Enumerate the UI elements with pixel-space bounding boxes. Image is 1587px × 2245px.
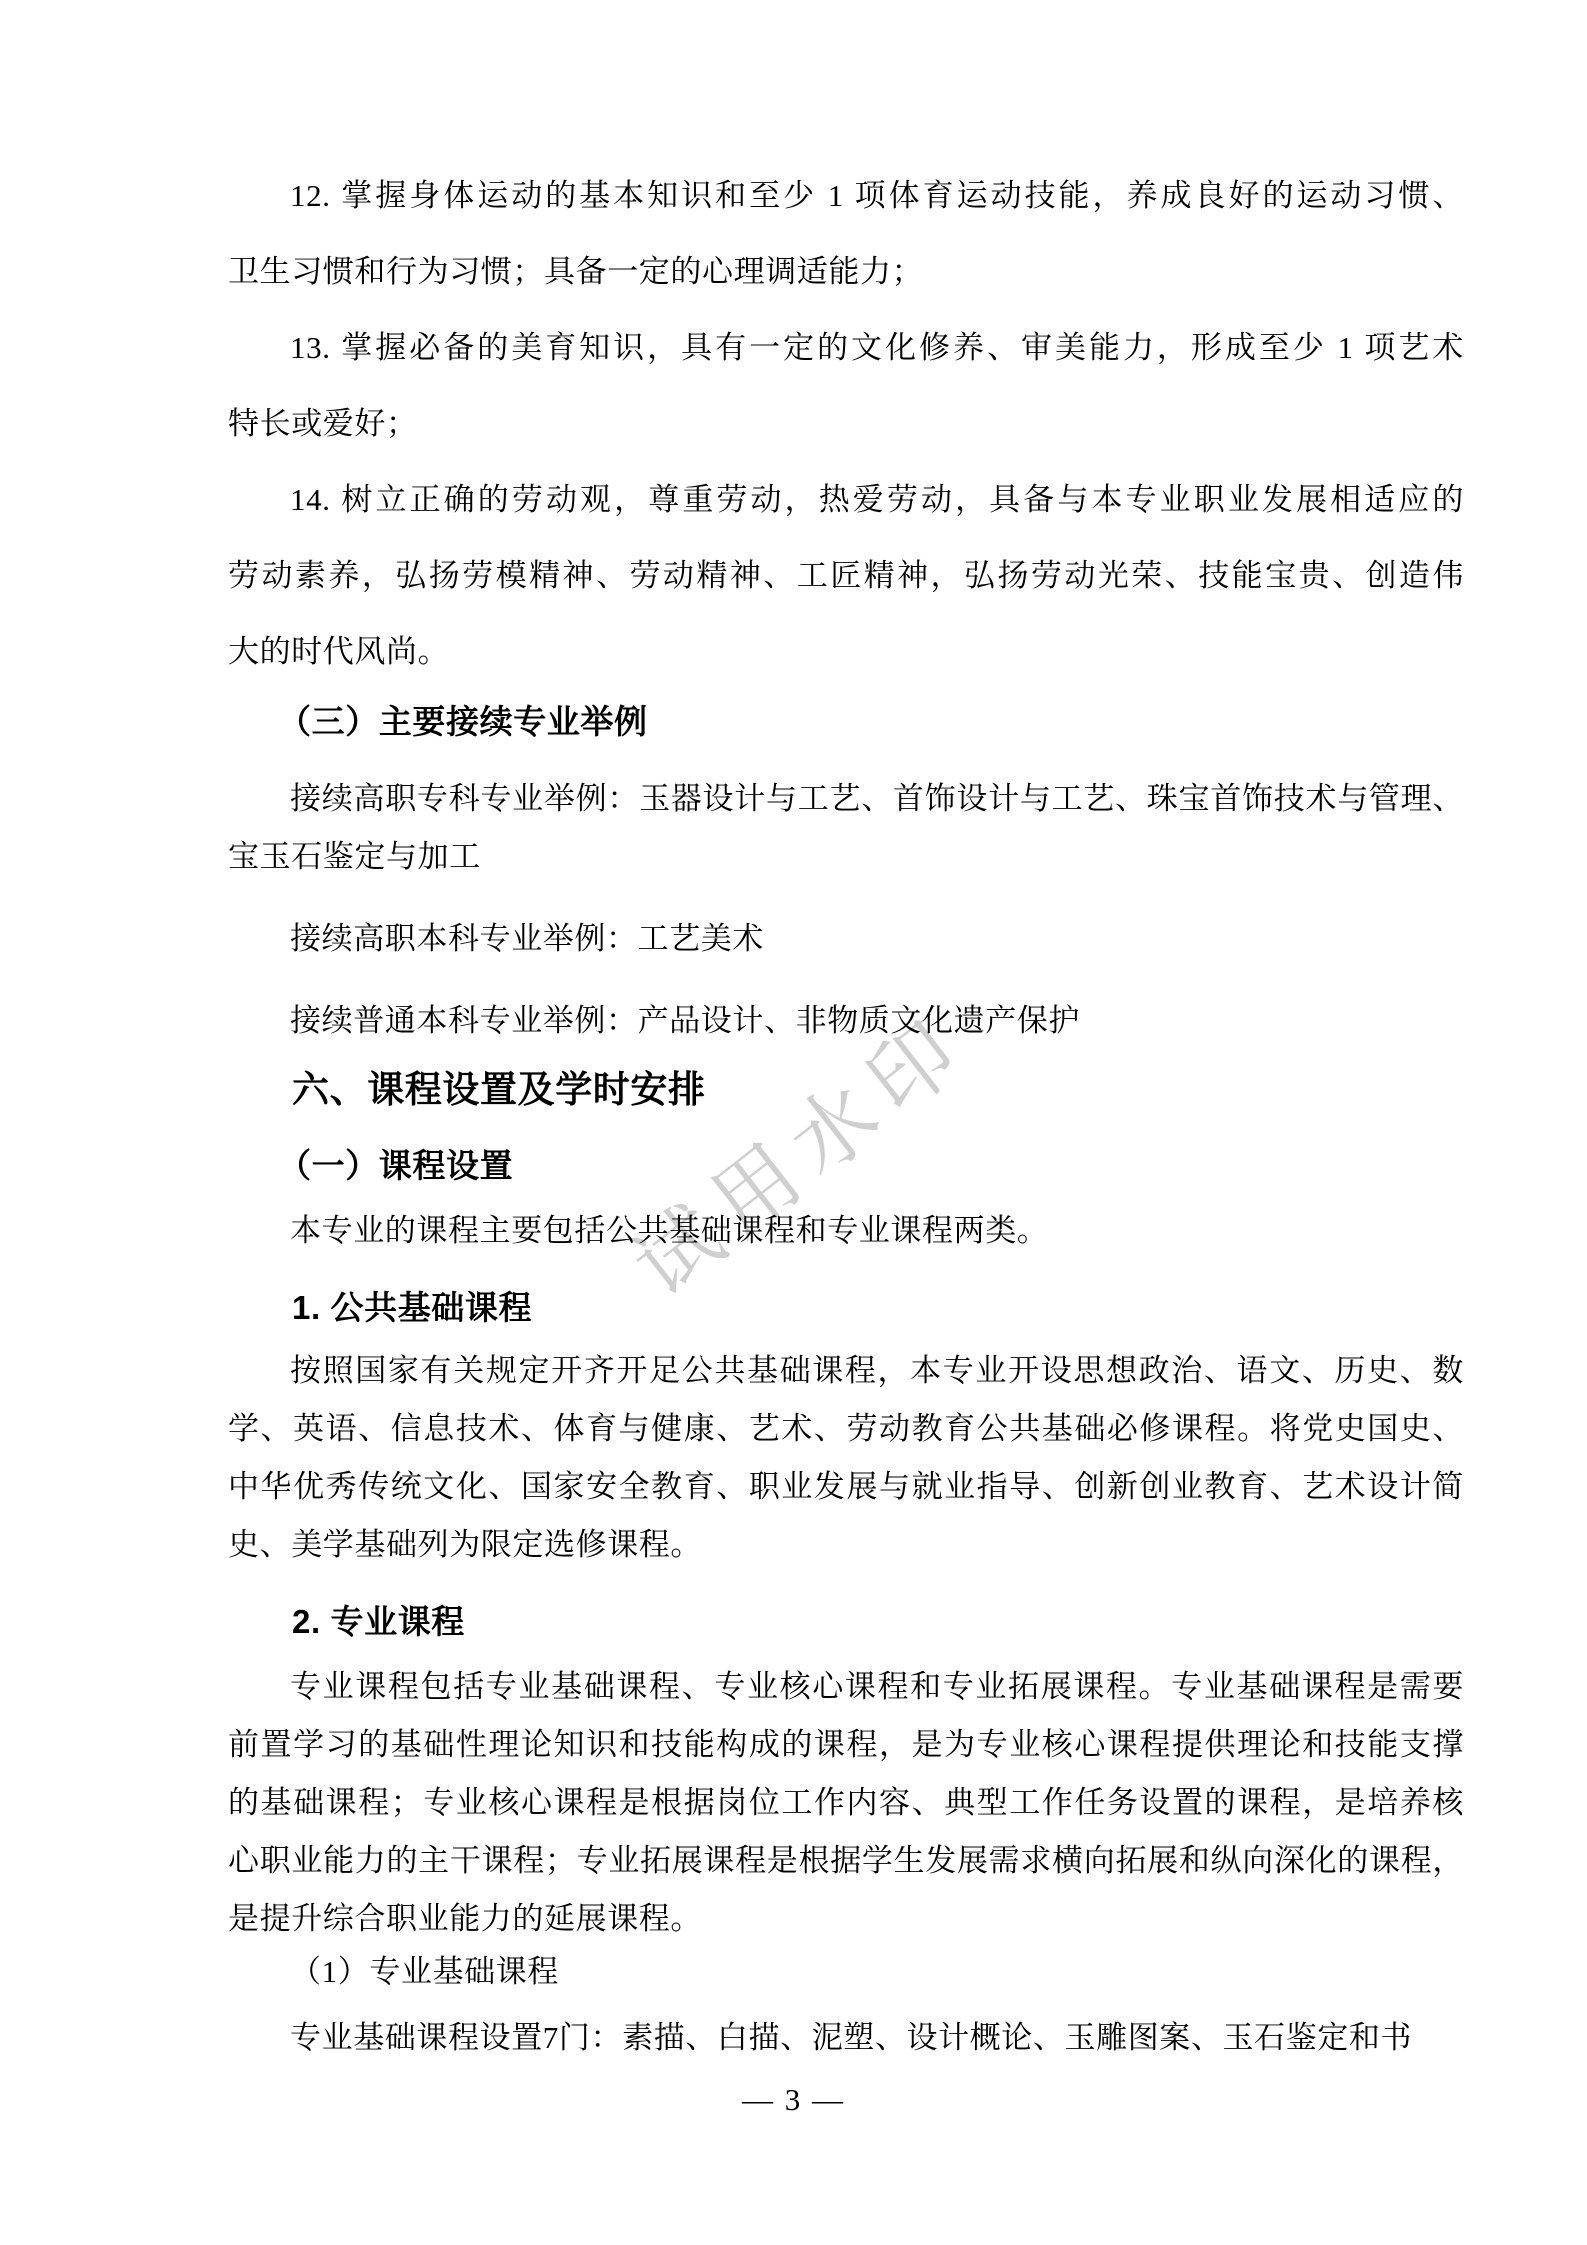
heading-section-3-continuing-majors: （三）主要接续专业举例 xyxy=(228,698,1464,746)
text-line: 12. 掌握身体运动的基本知识和至少 1 项体育运动技能，养成良好的运动习惯、 xyxy=(228,158,1464,234)
text-line: 史、美学基础列为限定选修课程。 xyxy=(228,1516,1464,1574)
paragraph-12: 12. 掌握身体运动的基本知识和至少 1 项体育运动技能，养成良好的运动习惯、卫… xyxy=(228,0,1464,310)
paragraph-professional-basic-courses: 专业基础课程设置7门：素描、白描、泥塑、设计概论、玉雕图案、玉石鉴定和书 xyxy=(228,2009,1464,2067)
heading-chapter-6-curriculum: 六、课程设置及学时安排 xyxy=(228,1064,1464,1116)
page-number: — 3 — xyxy=(0,2082,1587,2118)
text-line: 14. 树立正确的劳动观，尊重劳动，热爱劳动，具备与本专业职业发展相适应的 xyxy=(228,462,1464,538)
line-continuing-vocational-undergraduate: 接续高职本科专业举例：工艺美术 xyxy=(228,910,1464,968)
paragraph-course-overview: 本专业的课程主要包括公共基础课程和专业课程两类。 xyxy=(228,1202,1464,1260)
text-line: 本专业的课程主要包括公共基础课程和专业课程两类。 xyxy=(228,1202,1464,1260)
text-line: 中华优秀传统文化、国家安全教育、职业发展与就业指导、创新创业教育、艺术设计简 xyxy=(228,1458,1464,1516)
paragraph-professional-courses: 专业课程包括专业基础课程、专业核心课程和专业拓展课程。专业基础课程是需要前置学习… xyxy=(228,1658,1464,1948)
heading-professional-courses: 2. 专业课程 xyxy=(228,1598,1464,1646)
line-continuing-general-undergraduate: 接续普通本科专业举例：产品设计、非物质文化遗产保护 xyxy=(228,992,1464,1050)
paragraph-13: 13. 掌握必备的美育知识，具有一定的文化修养、审美能力，形成至少 1 项艺术特… xyxy=(228,310,1464,462)
text-line: 宝玉石鉴定与加工 xyxy=(228,828,1464,886)
text-line: 是提升综合职业能力的延展课程。 xyxy=(228,1890,1464,1948)
text-line: 心职业能力的主干课程；专业拓展课程是根据学生发展需求横向拓展和纵向深化的课程， xyxy=(228,1832,1464,1890)
text-line: 专业课程包括专业基础课程、专业核心课程和专业拓展课程。专业基础课程是需要 xyxy=(228,1658,1464,1716)
text-line: 13. 掌握必备的美育知识，具有一定的文化修养、审美能力，形成至少 1 项艺术 xyxy=(228,310,1464,386)
heading-professional-basic-courses: （1）专业基础课程 xyxy=(228,1948,1464,1996)
text-line: 特长或爱好； xyxy=(228,386,1464,462)
paragraph-public-basic-courses: 按照国家有关规定开齐开足公共基础课程，本专业开设思想政治、语文、历史、数学、英语… xyxy=(228,1342,1464,1574)
paragraph-14: 14. 树立正确的劳动观，尊重劳动，热爱劳动，具备与本专业职业发展相适应的劳动素… xyxy=(228,462,1464,690)
document-content: 12. 掌握身体运动的基本知识和至少 1 项体育运动技能，养成良好的运动习惯、卫… xyxy=(0,0,1587,2067)
line-continuing-vocational-college: 接续高职专科专业举例：玉器设计与工艺、首饰设计与工艺、珠宝首饰技术与管理、宝玉石… xyxy=(228,770,1464,886)
text-line: 前置学习的基础性理论知识和技能构成的课程，是为专业核心课程提供理论和技能支撑 xyxy=(228,1716,1464,1774)
text-line: 接续高职专科专业举例：玉器设计与工艺、首饰设计与工艺、珠宝首饰技术与管理、 xyxy=(228,770,1464,828)
text-line: 专业基础课程设置7门：素描、白描、泥塑、设计概论、玉雕图案、玉石鉴定和书 xyxy=(228,2009,1464,2067)
text-line: 大的时代风尚。 xyxy=(228,614,1464,690)
text-line: 学、英语、信息技术、体育与健康、艺术、劳动教育公共基础必修课程。将党史国史、 xyxy=(228,1400,1464,1458)
text-line: 接续普通本科专业举例：产品设计、非物质文化遗产保护 xyxy=(228,992,1464,1050)
text-line: 按照国家有关规定开齐开足公共基础课程，本专业开设思想政治、语文、历史、数 xyxy=(228,1342,1464,1400)
text-line: 的基础课程；专业核心课程是根据岗位工作内容、典型工作任务设置的课程，是培养核 xyxy=(228,1774,1464,1832)
text-line: 接续高职本科专业举例：工艺美术 xyxy=(228,910,1464,968)
heading-public-basic-courses: 1. 公共基础课程 xyxy=(228,1284,1464,1332)
heading-section-1-course-setup: （一）课程设置 xyxy=(228,1142,1464,1190)
text-line: 卫生习惯和行为习惯；具备一定的心理调适能力； xyxy=(228,234,1464,310)
document-page: 试用水印 12. 掌握身体运动的基本知识和至少 1 项体育运动技能，养成良好的运… xyxy=(0,0,1587,2245)
text-line: 劳动素养，弘扬劳模精神、劳动精神、工匠精神，弘扬劳动光荣、技能宝贵、创造伟 xyxy=(228,538,1464,614)
